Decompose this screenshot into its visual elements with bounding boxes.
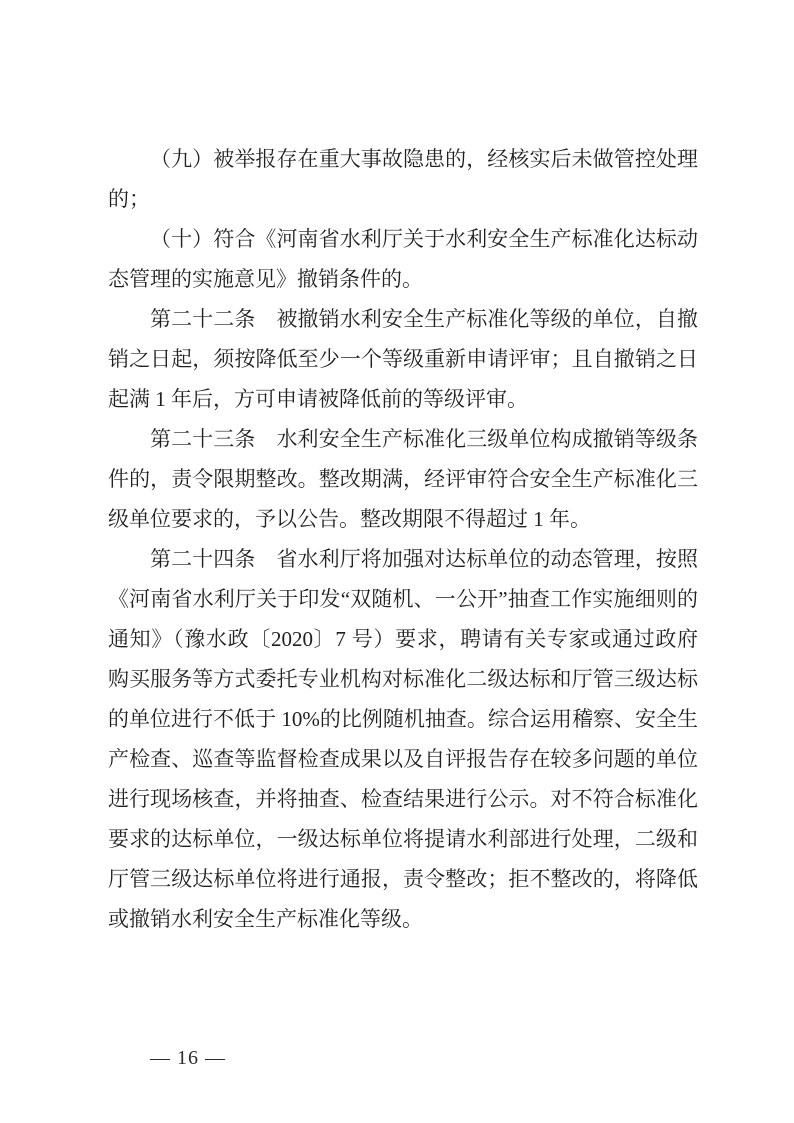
- paragraph-item-9: （九）被举报存在重大事故隐患的，经核实后未做管控处理的；: [108, 139, 698, 219]
- paragraph-article-23: 第二十三条 水利安全生产标准化三级单位构成撤销等级条件的，责令限期整改。整改期满…: [108, 419, 698, 539]
- paragraph-item-10: （十）符合《河南省水利厅关于水利安全生产标准化达标动态管理的实施意见》撤销条件的…: [108, 219, 698, 299]
- page-number: — 16 —: [150, 1047, 226, 1069]
- document-page: （九）被举报存在重大事故隐患的，经核实后未做管控处理的； （十）符合《河南省水利…: [0, 0, 794, 1123]
- page-footer: — 16 —: [126, 1013, 226, 1103]
- document-body: （九）被举报存在重大事故隐患的，经核实后未做管控处理的； （十）符合《河南省水利…: [108, 139, 698, 939]
- paragraph-article-24: 第二十四条 省水利厅将加强对达标单位的动态管理，按照《河南省水利厅关于印发“双随…: [108, 539, 698, 939]
- paragraph-article-22: 第二十二条 被撤销水利安全生产标准化等级的单位，自撤销之日起，须按降低至少一个等…: [108, 299, 698, 419]
